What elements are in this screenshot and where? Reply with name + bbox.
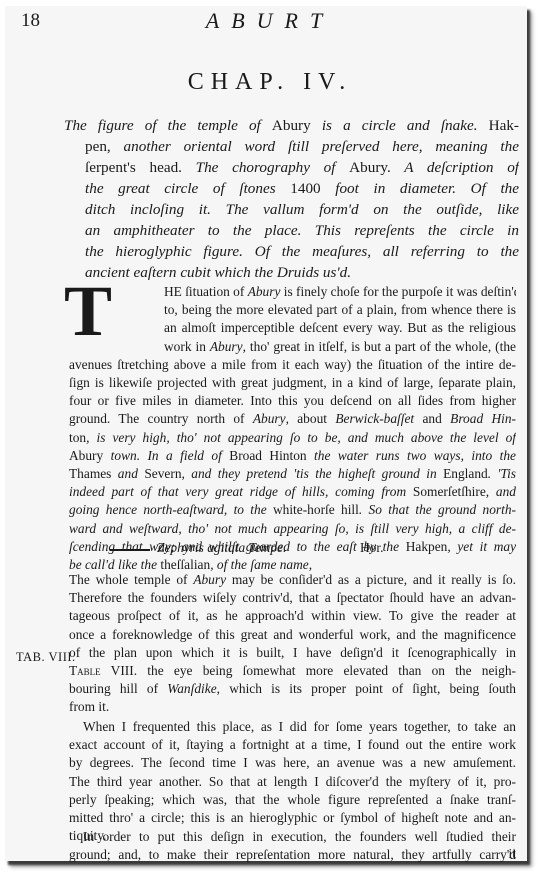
paragraph-1: HE ſituation of Abury is finely choſe fo… [69, 283, 516, 574]
text-line: Table VIII. the eye being ſomewhat more … [69, 662, 516, 680]
chapter-heading: CHAP. IV. [0, 69, 540, 96]
text-line: bouring hill of Wanſdike, which is its p… [69, 680, 516, 698]
catchword: it [69, 846, 516, 862]
text-line: four or five miles in diameter. Into thi… [69, 392, 516, 410]
text-line: ton, is very high, tho' not appearing ſo… [69, 429, 516, 447]
text-line: When I frequented this place, as I did f… [69, 718, 516, 736]
text-line: In order to put this deſign in execution… [69, 828, 516, 846]
text-line: an almoſt imperceptible deſcent every wa… [69, 319, 516, 337]
text-line: ground. The country north of Abury, abou… [69, 410, 516, 428]
text-line: Therefore the founders wiſely contriv'd,… [69, 589, 516, 607]
running-head: ABURT [0, 8, 540, 34]
summary-line: pen, another oriental word ſtill preſerv… [64, 136, 519, 157]
summary-line: ancient eaſtern cubit which the Druids u… [64, 262, 519, 283]
summary-line: ditch incloſing it. The vallum form'd on… [64, 199, 519, 220]
text-line: ward and weſtward, tho' not much appeari… [69, 520, 516, 538]
margin-note: TAB. VIII. [16, 650, 76, 665]
summary-line: the hieroglyphic figure. Of the meaſures… [64, 241, 519, 262]
text-line: The whole temple of Abury may be conſide… [69, 571, 516, 589]
text-line: work in Abury, tho' great in itſelf, is … [69, 338, 516, 356]
quotation-text: Zephyris agitata Tempe. [157, 540, 286, 556]
text-line: from it. [69, 698, 516, 716]
chapter-summary: The figure of the temple of Abury is a c… [64, 115, 519, 283]
text-line: ſcending that way; and whilſt guarded to… [69, 538, 516, 556]
text-line: The third year another. So that at lengt… [69, 773, 516, 791]
text-line: ſign is likewiſe projected with great ju… [69, 374, 516, 392]
text-line: exact account of it, ſtaying a fortnight… [69, 736, 516, 754]
summary-line: an amphitheater to the place. This repre… [64, 220, 519, 241]
text-line: indeed part of that very great ridge of … [69, 483, 516, 501]
text-line: mitted thro' a circle; this is an hierog… [69, 809, 516, 827]
text-line: to, being the more elevated part of a pl… [69, 301, 516, 319]
text-line: perly ſpeaking; which was, that the whol… [69, 791, 516, 809]
summary-line: ſerpent's head. The chorography of Abury… [64, 157, 519, 178]
text-line: Thames and Severn, and they pretend 'tis… [69, 465, 516, 483]
text-line: of the plan upon which it is built, I ha… [69, 644, 516, 662]
paragraph-2: The whole temple of Abury may be conſide… [69, 571, 516, 717]
text-line: once a foreknowledge of this great and w… [69, 626, 516, 644]
em-rule [110, 549, 150, 551]
summary-line: the great circle of ſtones 1400 foot in … [64, 178, 519, 199]
text-line: by degrees. The ſecond time I was here, … [69, 754, 516, 772]
text-line: tageous proſpect of it, as he approach'd… [69, 607, 516, 625]
text-line: avenues ſtretching above a mile from it … [69, 356, 516, 374]
text-line: Abury town. In a field of Broad Hinton t… [69, 447, 516, 465]
text-line: going hence north-eaſtward, to the white… [69, 501, 516, 519]
text-line: HE ſituation of Abury is finely choſe fo… [69, 283, 516, 301]
paragraph-3: When I frequented this place, as I did f… [69, 718, 516, 845]
quotation-source: Hor. [360, 540, 383, 556]
summary-line: The figure of the temple of Abury is a c… [64, 115, 519, 136]
